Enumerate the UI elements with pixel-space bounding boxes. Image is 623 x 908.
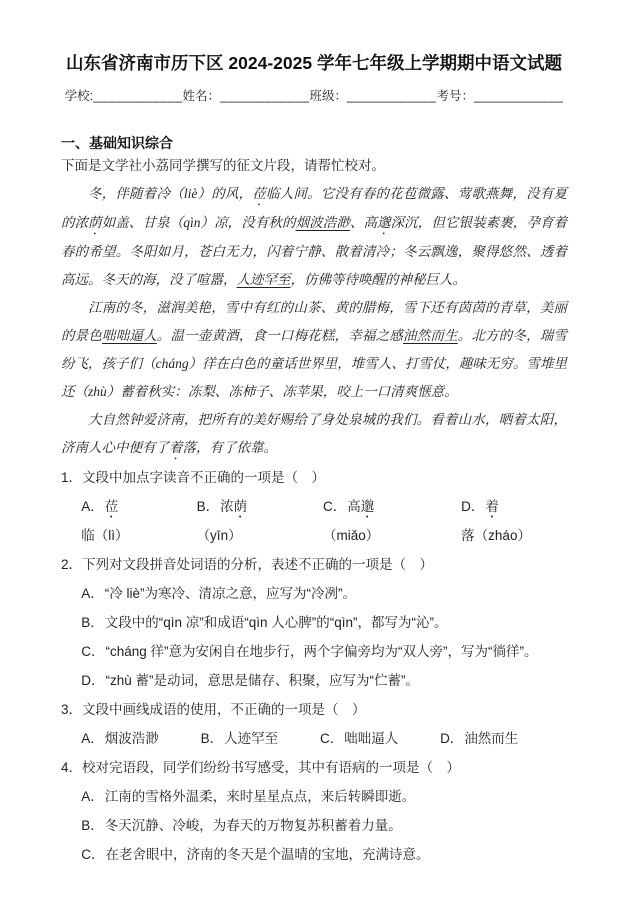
question-1: 1．文段中加点字读音不正确的一项是（ ） A．莅临（lì） B．浓荫（yīn） …: [61, 463, 567, 550]
option-c-label: C．: [320, 731, 343, 746]
examno-blank: ____________: [474, 89, 563, 103]
reading-passage: 冬，伴随着冷（liè）的风，莅临人间。它没有春的花苞微露、莺歌燕舞，没有夏的浓荫…: [61, 180, 567, 463]
question-2-number: 2．: [61, 557, 82, 572]
text-segment: 临（lì）: [81, 528, 128, 543]
option-c-text: “cháng 徉”意为安闲自在地步行，两个字偏旁均为“双人旁”，写为“徜徉”。: [106, 644, 538, 659]
option-b-label: B．: [197, 499, 220, 514]
option-b-label: B．: [201, 731, 224, 746]
dotted-char: 邈: [377, 215, 391, 230]
underlined-phrase: 咄咄逼人: [102, 328, 157, 343]
option-d-label: D．: [81, 673, 104, 688]
option-c-label: C．: [81, 644, 104, 659]
question-4-options: A．江南的雪格外温柔，来时星星点点，来后转瞬即逝。 B．冬天沉静、冷峻，为春天的…: [61, 782, 567, 869]
text-segment: （yīn）: [197, 528, 242, 543]
text-segment: ，仿佛等待唤醒的神秘巨人。: [291, 272, 467, 287]
option-d-label: D．: [461, 499, 484, 514]
passage-paragraph-1: 冬，伴随着冷（liè）的风，莅临人间。它没有春的花苞微露、莺歌燕舞，没有夏的浓荫…: [61, 180, 567, 294]
text-segment: 高: [347, 499, 361, 514]
text-segment: 、高: [350, 215, 377, 230]
question-2-option-a: A．“冷 liè”为寒冷、清凉之意，应写为“冷冽”。: [61, 579, 567, 608]
question-3-options: A．烟波浩渺 B．人迹罕至 C．咄咄逼人 D．油然而生: [61, 724, 567, 753]
dotted-char: 荫: [88, 215, 102, 230]
passage-intro: 下面是文学社小荔同学撰写的征文片段，请帮忙校对。: [61, 154, 567, 178]
dotted-char: 莅: [105, 499, 119, 514]
question-4-option-b: B．冬天沉静、冷峻，为春天的万物复苏积蓄着力量。: [61, 811, 567, 840]
question-3-option-b: B．人迹罕至: [201, 724, 279, 753]
question-2: 2．下列对文段拼音处词语的分析，表述不正确的一项是（ ） A．“冷 liè”为寒…: [61, 550, 567, 695]
underlined-phrase: 油然而生: [403, 328, 458, 343]
school-label: 学校:: [65, 89, 93, 103]
question-2-text: 下列对文段拼音处词语的分析，表述不正确的一项是（ ）: [82, 557, 433, 572]
question-4-option-a: A．江南的雪格外温柔，来时星星点点，来后转瞬即逝。: [61, 782, 567, 811]
option-c-label: C．: [323, 499, 346, 514]
option-d-text: 油然而生: [464, 731, 518, 746]
text-segment: 浓: [220, 499, 234, 514]
question-1-option-c: C．高邈（miǎo）: [323, 492, 429, 550]
dotted-char: 邈: [361, 499, 375, 514]
passage-paragraph-3: 大自然钟爱济南，把所有的美好赐给了身处泉城的我们。看着山水，晒着太阳，济南人心中…: [61, 406, 567, 463]
section-heading: 一、基础知识综合: [61, 132, 567, 154]
info-field-examno: 考号：____________: [436, 86, 563, 104]
text-segment: 落，有了依靠。: [183, 440, 278, 455]
question-3-stem: 3．文段中画线成语的使用，不正确的一项是（ ）: [61, 695, 567, 724]
question-3-option-d: D．油然而生: [440, 724, 518, 753]
dotted-char: 着: [169, 440, 183, 455]
question-3-number: 3．: [61, 702, 82, 717]
examno-label: 考号：: [436, 89, 474, 103]
dotted-char: 着: [485, 499, 499, 514]
option-b-label: B．: [81, 615, 104, 630]
name-label: 姓名：: [183, 89, 221, 103]
option-b-text: 冬天沉静、冷峻，为春天的万物复苏积蓄着力量。: [105, 818, 402, 833]
option-a-text: “冷 liè”为寒冷、清凉之意，应写为“冷冽”。: [105, 586, 356, 601]
option-c-label: C．: [81, 847, 104, 862]
text-segment: 。温一壶黄酒，食一口梅花糕，幸福之感: [157, 328, 403, 343]
text-segment: 冬，伴随着冷（liè）的风，: [88, 186, 252, 201]
question-1-option-b: B．浓荫（yīn）: [197, 492, 291, 550]
dotted-char: 荫: [234, 499, 248, 514]
question-1-number: 1．: [61, 470, 82, 485]
option-c-text: 在老舍眼中，济南的冬天是个温晴的宝地，充满诗意。: [106, 847, 430, 862]
question-4-option-c: C．在老舍眼中，济南的冬天是个温晴的宝地，充满诗意。: [61, 840, 567, 869]
text-segment: 大自然钟爱济南，把所有的美好赐给了身处泉城的我们。看着山水，晒着太阳，济南人心中…: [61, 412, 567, 455]
class-label: 班级：: [309, 89, 347, 103]
name-blank: ____________: [220, 89, 309, 103]
info-field-class: 班级：____________: [309, 86, 436, 104]
question-1-text: 文段中加点字读音不正确的一项是（ ）: [82, 470, 325, 485]
passage-paragraph-2: 江南的冬，滋润美艳，雪中有红的山茶、黄的腊梅，雪下还有茵茵的青草，美丽的景色咄咄…: [61, 294, 567, 406]
option-a-text: 烟波浩渺: [105, 731, 159, 746]
option-c-text: 咄咄逼人: [344, 731, 398, 746]
info-field-name: 姓名：____________: [183, 86, 310, 104]
question-2-option-d: D．“zhù 蓄”是动词，意思是储存、积聚，应写为“伫蓄”。: [61, 666, 567, 695]
option-b-label: B．: [81, 818, 104, 833]
text-segment: （miǎo）: [323, 528, 379, 543]
dotted-char: 莅: [252, 186, 266, 201]
question-4-text: 校对完语段，同学们纷纷书写感受，其中有语病的一项是（ ）: [82, 760, 460, 775]
question-4-stem: 4．校对完语段，同学们纷纷书写感受，其中有语病的一项是（ ）: [61, 753, 567, 782]
student-info-line: 学校:____________姓名：____________班级：_______…: [61, 86, 567, 104]
question-2-option-c: C．“cháng 徉”意为安闲自在地步行，两个字偏旁均为“双人旁”，写为“徜徉”…: [61, 637, 567, 666]
question-3-option-a: A．烟波浩渺: [81, 724, 159, 753]
option-a-text: 江南的雪格外温柔，来时星星点点，来后转瞬即逝。: [105, 789, 416, 804]
underlined-phrase: 人迹罕至: [237, 272, 291, 287]
info-field-school: 学校:____________: [65, 86, 183, 104]
option-a-label: A．: [81, 731, 104, 746]
question-1-option-d: D．着落（zháo）: [461, 492, 567, 550]
question-1-options: A．莅临（lì） B．浓荫（yīn） C．高邈（miǎo） D．着落（zháo）: [61, 492, 567, 550]
option-a-label: A．: [81, 789, 104, 804]
option-d-label: D．: [440, 731, 463, 746]
question-2-option-b: B．文段中的“qìn 凉”和成语“qìn 人心脾”的“qìn”，都写为“沁”。: [61, 608, 567, 637]
question-1-option-a: A．莅临（lì）: [81, 492, 164, 550]
page-title: 山东省济南市历下区 2024-2025 学年七年级上学期期中语文试题: [61, 44, 567, 82]
question-3-option-c: C．咄咄逼人: [320, 724, 398, 753]
question-4-number: 4．: [61, 760, 82, 775]
option-d-text: “zhù 蓄”是动词，意思是储存、积聚，应写为“伫蓄”。: [106, 673, 420, 688]
question-3: 3．文段中画线成语的使用，不正确的一项是（ ） A．烟波浩渺 B．人迹罕至 C．…: [61, 695, 567, 753]
question-1-stem: 1．文段中加点字读音不正确的一项是（ ）: [61, 463, 567, 492]
underlined-phrase: 烟波浩渺: [296, 215, 350, 230]
option-b-text: 人迹罕至: [224, 731, 278, 746]
question-2-stem: 2．下列对文段拼音处词语的分析，表述不正确的一项是（ ）: [61, 550, 567, 579]
text-segment: 落（zháo）: [461, 528, 531, 543]
option-a-label: A．: [81, 499, 104, 514]
text-segment: 如盖、甘泉（qìn）凉，没有秋的: [102, 215, 296, 230]
class-blank: ____________: [347, 89, 436, 103]
question-3-text: 文段中画线成语的使用，不正确的一项是（ ）: [82, 702, 366, 717]
exam-paper-page: 山东省济南市历下区 2024-2025 学年七年级上学期期中语文试题 学校:__…: [0, 0, 623, 908]
question-2-options: A．“冷 liè”为寒冷、清凉之意，应写为“冷冽”。 B．文段中的“qìn 凉”…: [61, 579, 567, 695]
option-b-text: 文段中的“qìn 凉”和成语“qìn 人心脾”的“qìn”，都写为“沁”。: [105, 615, 448, 630]
question-4: 4．校对完语段，同学们纷纷书写感受，其中有语病的一项是（ ） A．江南的雪格外温…: [61, 753, 567, 869]
school-blank: ____________: [93, 89, 182, 103]
option-a-label: A．: [81, 586, 104, 601]
